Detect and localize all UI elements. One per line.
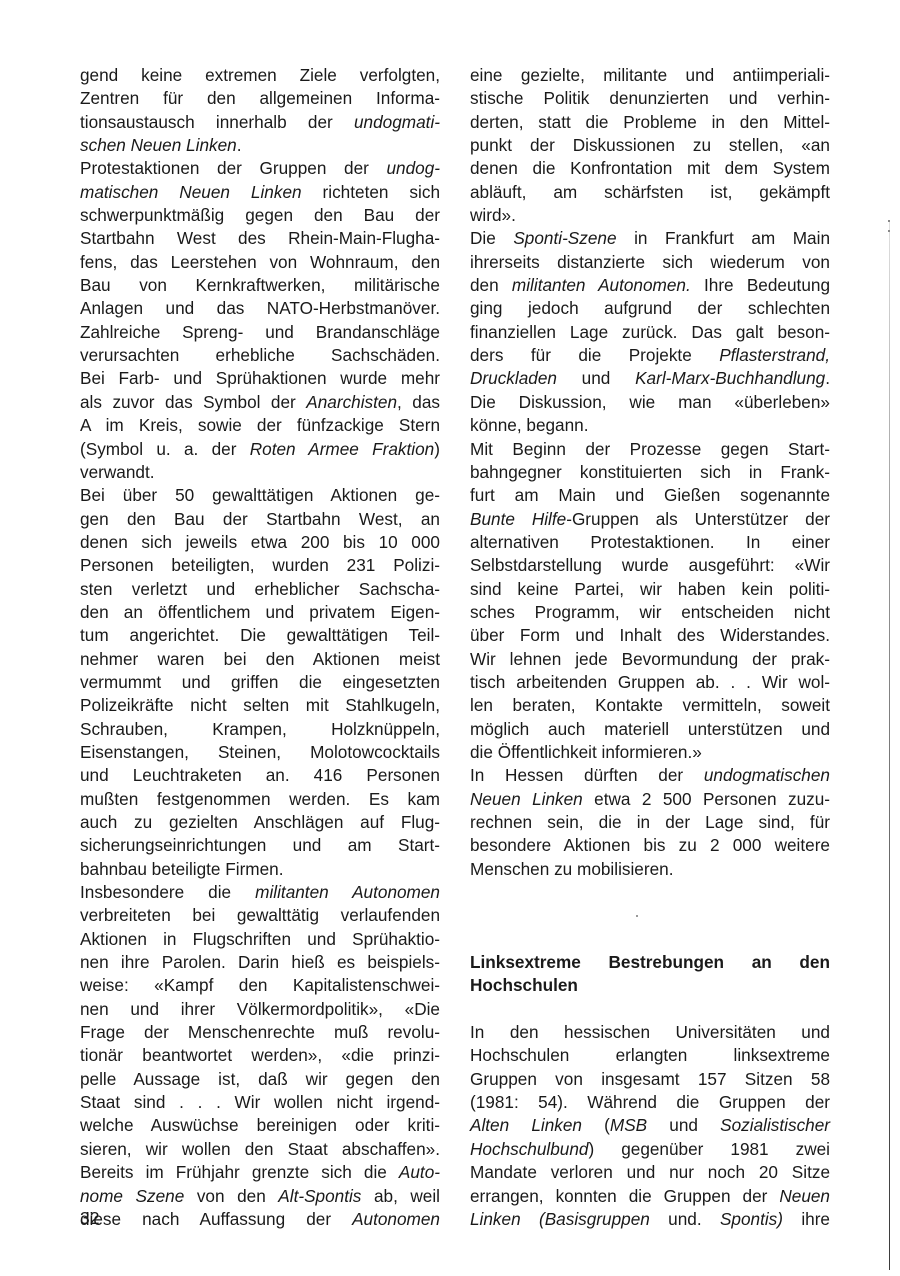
text-line: schwerpunktmäßig gegen den Bau der (80, 204, 440, 227)
text-line: diese nach Auffassung der Autonomen (80, 1208, 440, 1231)
text-line: schen Neuen Linken. (80, 134, 440, 157)
text-run: len beraten, Kontakte vermitteln, soweit (470, 695, 830, 715)
italic-term: Neuen (779, 1186, 830, 1206)
italic-term: Alten Linken (470, 1115, 582, 1135)
text-run: welche Auswüchse bereinigen oder kriti- (80, 1115, 440, 1135)
text-run: errangen, konnten die Gruppen der (470, 1186, 779, 1206)
section-heading-line: Linksextreme Bestrebungen an den (470, 951, 830, 974)
text-line: Selbstdarstellung wurde ausgeführt: «Wir (470, 554, 830, 577)
text-run: ) (434, 439, 440, 459)
text-line: nehmer waren bei den Aktionen meist (80, 648, 440, 671)
text-line: Hochschulbund) gegenüber 1981 zwei (470, 1138, 830, 1161)
text-run: Die Diskussion, wie man «überleben» (470, 392, 830, 412)
text-run: Gruppen von insgesamt 157 Sitzen 58 (470, 1069, 830, 1089)
text-line: furt am Main und Gießen sogenannte (470, 484, 830, 507)
text-run: furt am Main und Gießen sogenannte (470, 485, 830, 505)
text-run: sieren, wir wollen den Staat abschaffen»… (80, 1139, 440, 1159)
text-line: Alten Linken (MSB und Sozialistischer (470, 1114, 830, 1137)
text-run: eine gezielte, militante und antiimperia… (470, 65, 830, 85)
text-line: Die Diskussion, wie man «überleben» (470, 391, 830, 414)
text-line: vermummt und griffen die eingesetzten (80, 671, 440, 694)
text-line: Gruppen von insgesamt 157 Sitzen 58 (470, 1068, 830, 1091)
italic-term: Hochschulbund (470, 1139, 588, 1159)
italic-term: Neuen Linken (470, 789, 583, 809)
text-run: bahnbau beteiligte Firmen. (80, 859, 284, 879)
text-run: sind keine Partei, wir haben kein politi… (470, 579, 830, 599)
text-run: vermummt und griffen die eingesetzten (80, 672, 440, 692)
text-line: bahngegner konstituierten sich in Frank- (470, 461, 830, 484)
text-column-right: eine gezielte, militante und antiimperia… (470, 64, 830, 1231)
scan-artifact (636, 915, 638, 917)
text-run: Startbahn West des Rhein-Main-Flugha- (80, 228, 440, 248)
text-line: Neuen Linken etwa 2 500 Personen zuzu- (470, 788, 830, 811)
text-line: abläuft, am schärfsten ist, gekämpft (470, 181, 830, 204)
text-line (470, 928, 830, 951)
text-run: und (647, 1115, 720, 1135)
text-run: Schrauben, Krampen, Holzknüppeln, (80, 719, 440, 739)
text-line: (1981: 54). Während die Gruppen der (470, 1091, 830, 1114)
text-run: A im Kreis, sowie der fünfzackige Stern (80, 415, 440, 435)
text-line: Eisenstangen, Steinen, Molotowcocktails (80, 741, 440, 764)
text-line: über Form und Inhalt des Widerstandes. (470, 624, 830, 647)
text-line: den an öffentlichem und privatem Eigen- (80, 601, 440, 624)
text-run: rechnen sein, die in der Lage sind, für (470, 812, 830, 832)
text-run: mußten festgenommen werden. Es kam (80, 789, 440, 809)
italic-term: Sponti-Szene (513, 228, 616, 248)
text-run: nen und ihrer Völkermordpolitik», «Die (80, 999, 440, 1019)
text-line: pelle Aussage ist, daß wir gegen den (80, 1068, 440, 1091)
text-line: Personen beteiligten, wurden 231 Polizi- (80, 554, 440, 577)
text-line: sieren, wir wollen den Staat abschaffen»… (80, 1138, 440, 1161)
text-line: Polizeikräfte nicht selten mit Stahlkuge… (80, 694, 440, 717)
text-run: Zahlreiche Spreng- und Brandanschläge (80, 322, 440, 342)
text-run: den (470, 275, 512, 295)
text-line: weise: «Kampf den Kapitalistenschwei- (80, 974, 440, 997)
text-run: über Form und Inhalt des Widerstandes. (470, 625, 830, 645)
text-line: auch zu gezielten Anschlägen auf Flug- (80, 811, 440, 834)
italic-term: undogmati- (354, 112, 440, 132)
text-run: ders für die Projekte (470, 345, 719, 365)
text-line: verursachten erhebliche Sachschäden. (80, 344, 440, 367)
text-run: ihre (783, 1209, 830, 1229)
text-run: stische Politik denunzierten und verhin- (470, 88, 830, 108)
italic-term: Auto- (399, 1162, 440, 1182)
text-line: Bunte Hilfe-Gruppen als Unterstützer der (470, 508, 830, 531)
text-run: tionsaustausch innerhalb der (80, 112, 354, 132)
italic-term: militanten Autonomen (255, 882, 440, 902)
text-run: Bei über 50 gewalttätigen Aktionen ge- (80, 485, 440, 505)
text-line: A im Kreis, sowie der fünfzackige Stern (80, 414, 440, 437)
italic-term: militanten Autonomen. (512, 275, 691, 295)
text-line (470, 904, 830, 927)
text-run: -Gruppen als Unterstützer der (566, 509, 830, 529)
text-run: den an öffentlichem und privatem Eigen- (80, 602, 440, 622)
text-line: nen und ihrer Völkermordpolitik», «Die (80, 998, 440, 1021)
text-run: (Symbol u. a. der (80, 439, 250, 459)
text-line: Zahlreiche Spreng- und Brandanschläge (80, 321, 440, 344)
page-number: 32 (80, 1208, 99, 1229)
text-run: schwerpunktmäßig gegen den Bau der (80, 205, 440, 225)
text-line: Die Sponti-Szene in Frankfurt am Main (470, 227, 830, 250)
text-line: ging jedoch aufgrund der schlechten (470, 297, 830, 320)
text-run: denen die Konfrontation mit dem System (470, 158, 830, 178)
text-line: könne, begann. (470, 414, 830, 437)
text-line: denen die Konfrontation mit dem System (470, 157, 830, 180)
text-line: Insbesondere die militanten Autonomen (80, 881, 440, 904)
text-line: möglich auch materiell unterstützen und (470, 718, 830, 741)
text-run: ihrerseits distanzierte sich wiederum vo… (470, 252, 830, 272)
text-column-left: gend keine extremen Ziele verfolgten,Zen… (80, 64, 440, 1231)
scan-edge-line (889, 220, 890, 1270)
text-line: len beraten, Kontakte vermitteln, soweit (470, 694, 830, 717)
text-line: und Leuchtraketen an. 416 Personen (80, 764, 440, 787)
text-line: Bei über 50 gewalttätigen Aktionen ge- (80, 484, 440, 507)
text-line: nome Szene von den Alt-Spontis ab, weil (80, 1185, 440, 1208)
text-run: Bei Farb- und Sprühaktionen wurde mehr (80, 368, 440, 388)
text-run: Polizeikräfte nicht selten mit Stahlkuge… (80, 695, 440, 715)
text-run: als zuvor das Symbol der (80, 392, 306, 412)
text-run: finanziellen Lage zurück. Das galt beson… (470, 322, 830, 342)
italic-term: Autonomen (352, 1209, 440, 1229)
text-line: sind keine Partei, wir haben kein politi… (470, 578, 830, 601)
text-run: tisch arbeitenden Gruppen ab. . . Wir wo… (470, 672, 830, 692)
text-line: welche Auswüchse bereinigen oder kriti- (80, 1114, 440, 1137)
text-run: pelle Aussage ist, daß wir gegen den (80, 1069, 440, 1089)
text-line: Protestaktionen der Gruppen der undog- (80, 157, 440, 180)
text-line: Linken (Basisgruppen und. Spontis) ihre (470, 1208, 830, 1231)
text-run: Insbesondere die (80, 882, 255, 902)
text-run: und (557, 368, 635, 388)
text-run: sicherungseinrichtungen und am Start- (80, 835, 440, 855)
text-line: tum angerichtet. Die gewalttätigen Teil- (80, 624, 440, 647)
text-line: sches Programm, wir entscheiden nicht (470, 601, 830, 624)
italic-term: Karl-Marx-Buchhandlung (635, 368, 825, 388)
text-line: Druckladen und Karl-Marx-Buchhandlung. (470, 367, 830, 390)
text-run: von den (184, 1186, 278, 1206)
text-line: verbreiteten bei gewalttätig verlaufende… (80, 904, 440, 927)
italic-term: matischen Neuen Linken (80, 182, 302, 202)
italic-term: Sozialistischer (720, 1115, 830, 1135)
text-run: denen sich jeweils etwa 200 bis 10 000 (80, 532, 440, 552)
text-run: Menschen zu mobilisieren. (470, 859, 673, 879)
text-line: Aktionen in Flugschriften und Sprühaktio… (80, 928, 440, 951)
text-run: in Frankfurt am Main (617, 228, 830, 248)
italic-term: Linken (Basisgruppen (470, 1209, 650, 1229)
text-line: Wir lehnen jede Bevormundung der prak- (470, 648, 830, 671)
italic-term: Anarchisten (306, 392, 397, 412)
text-run: verbreiteten bei gewalttätig verlaufende… (80, 905, 440, 925)
text-line: (Symbol u. a. der Roten Armee Fraktion) (80, 438, 440, 461)
text-line: Startbahn West des Rhein-Main-Flugha- (80, 227, 440, 250)
italic-term: nome Szene (80, 1186, 184, 1206)
italic-term: Druckladen (470, 368, 557, 388)
text-line: In den hessischen Universitäten und (470, 1021, 830, 1044)
text-line (470, 998, 830, 1021)
italic-term: Pflasterstrand, (719, 345, 830, 365)
text-line: matischen Neuen Linken richteten sich (80, 181, 440, 204)
italic-term: MSB (610, 1115, 647, 1135)
text-line: fens, das Leerstehen von Wohnraum, den (80, 251, 440, 274)
text-run: Zentren für den allgemeinen Informa- (80, 88, 440, 108)
text-line: punkt der Diskussionen zu stellen, «an (470, 134, 830, 157)
text-line: sten verletzt und erheblicher Sachscha- (80, 578, 440, 601)
italic-term: undogmatischen (704, 765, 830, 785)
text-line: als zuvor das Symbol der Anarchisten, da… (80, 391, 440, 414)
text-run: Wir lehnen jede Bevormundung der prak- (470, 649, 830, 669)
text-run: bahngegner konstituierten sich in Frank- (470, 462, 830, 482)
text-line (470, 881, 830, 904)
text-run: wird». (470, 205, 516, 225)
text-run: punkt der Diskussionen zu stellen, «an (470, 135, 830, 155)
text-run: Staat sind . . . Wir wollen nicht irgend… (80, 1092, 440, 1112)
text-run: abläuft, am schärfsten ist, gekämpft (470, 182, 830, 202)
text-run: richteten sich (302, 182, 440, 202)
text-run: In Hessen dürften der (470, 765, 704, 785)
text-line: Mit Beginn der Prozesse gegen Start- (470, 438, 830, 461)
text-line: verwandt. (80, 461, 440, 484)
text-run: alternativen Protestaktionen. In einer (470, 532, 830, 552)
text-line: gen den Bau der Startbahn West, an (80, 508, 440, 531)
text-run: Selbstdarstellung wurde ausgeführt: «Wir (470, 555, 830, 575)
text-run: weise: «Kampf den Kapitalistenschwei- (80, 975, 440, 995)
text-run: In den hessischen Universitäten und (470, 1022, 830, 1042)
text-run: nen ihre Parolen. Darin hieß es beispiel… (80, 952, 440, 972)
text-run: ( (582, 1115, 610, 1135)
text-run: gen den Bau der Startbahn West, an (80, 509, 440, 529)
text-run: Personen beteiligten, wurden 231 Polizi- (80, 555, 440, 575)
text-run: Mit Beginn der Prozesse gegen Start- (470, 439, 830, 459)
text-line: Hochschulen erlangten linksextreme (470, 1044, 830, 1067)
text-run: sten verletzt und erheblicher Sachscha- (80, 579, 440, 599)
text-run: Ihre Bedeutung (691, 275, 830, 295)
text-run: Die (470, 228, 513, 248)
italic-term: Bunte Hilfe (470, 509, 566, 529)
text-line: Menschen zu mobilisieren. (470, 858, 830, 881)
italic-term: Alt-Spontis (278, 1186, 361, 1206)
text-line: tionsaustausch innerhalb der undogmati- (80, 111, 440, 134)
text-line: Anlagen und das NATO-Herbstmanöver. (80, 297, 440, 320)
text-run: gend keine extremen Ziele verfolgten, (80, 65, 440, 85)
text-run: sches Programm, wir entscheiden nicht (470, 602, 830, 622)
text-run: und. (650, 1209, 720, 1229)
text-line: Bei Farb- und Sprühaktionen wurde mehr (80, 367, 440, 390)
text-line: finanziellen Lage zurück. Das galt beson… (470, 321, 830, 344)
text-line: die Öffentlichkeit informieren.» (470, 741, 830, 764)
text-run: verursachten erhebliche Sachschäden. (80, 345, 440, 365)
text-run: auch zu gezielten Anschlägen auf Flug- (80, 812, 440, 832)
text-line: nen ihre Parolen. Darin hieß es beispiel… (80, 951, 440, 974)
text-line: ihrerseits distanzierte sich wiederum vo… (470, 251, 830, 274)
text-run: , das (397, 392, 440, 412)
text-run: möglich auch materiell unterstützen und (470, 719, 830, 739)
text-run: ) gegenüber 1981 zwei (588, 1139, 830, 1159)
text-line: mußten festgenommen werden. Es kam (80, 788, 440, 811)
text-run: tum angerichtet. Die gewalttätigen Teil- (80, 625, 440, 645)
text-line: Staat sind . . . Wir wollen nicht irgend… (80, 1091, 440, 1114)
text-run: Hochschulen (470, 975, 578, 995)
text-run: Linksextreme Bestrebungen an den (470, 952, 830, 972)
text-run: Bereits im Frühjahr grenzte sich die (80, 1162, 399, 1182)
text-run: Anlagen und das NATO-Herbstmanöver. (80, 298, 440, 318)
text-line: Mandate verloren und nur noch 20 Sitze (470, 1161, 830, 1184)
text-run: Aktionen in Flugschriften und Sprühaktio… (80, 929, 440, 949)
text-run: etwa 2 500 Personen zuzu- (583, 789, 830, 809)
text-run: Mandate verloren und nur noch 20 Sitze (470, 1162, 830, 1182)
text-run: . (237, 135, 242, 155)
text-run: verwandt. (80, 462, 155, 482)
text-run: tionär beantwortet werden», «die prinzi- (80, 1045, 440, 1065)
text-line: den militanten Autonomen. Ihre Bedeutung (470, 274, 830, 297)
text-line: sicherungseinrichtungen und am Start- (80, 834, 440, 857)
text-run: könne, begann. (470, 415, 589, 435)
text-line: denen sich jeweils etwa 200 bis 10 000 (80, 531, 440, 554)
text-line: tionär beantwortet werden», «die prinzi- (80, 1044, 440, 1067)
text-line: stische Politik denunzierten und verhin- (470, 87, 830, 110)
text-run: nehmer waren bei den Aktionen meist (80, 649, 440, 669)
text-run: Frage der Menschenrechte muß revolu- (80, 1022, 440, 1042)
italic-term: schen Neuen Linken (80, 135, 237, 155)
text-run: (1981: 54). Während die Gruppen der (470, 1092, 830, 1112)
text-run: Eisenstangen, Steinen, Molotowcocktails (80, 742, 440, 762)
text-line: rechnen sein, die in der Lage sind, für (470, 811, 830, 834)
text-run: derten, statt die Probleme in den Mittel… (470, 112, 830, 132)
text-line: eine gezielte, militante und antiimperia… (470, 64, 830, 87)
text-run: diese nach Auffassung der (80, 1209, 352, 1229)
text-line: bahnbau beteiligte Firmen. (80, 858, 440, 881)
text-run: ging jedoch aufgrund der schlechten (470, 298, 830, 318)
text-line: derten, statt die Probleme in den Mittel… (470, 111, 830, 134)
text-run: Hochschulen erlangten linksextreme (470, 1045, 830, 1065)
section-heading-line: Hochschulen (470, 974, 830, 997)
text-run: Protestaktionen der Gruppen der (80, 158, 386, 178)
text-line: Frage der Menschenrechte muß revolu- (80, 1021, 440, 1044)
text-line: Zentren für den allgemeinen Informa- (80, 87, 440, 110)
italic-term: Roten Armee Fraktion (250, 439, 435, 459)
italic-term: undog- (386, 158, 440, 178)
text-run: die Öffentlichkeit informieren.» (470, 742, 702, 762)
text-line: tisch arbeitenden Gruppen ab. . . Wir wo… (470, 671, 830, 694)
text-run: . (825, 368, 830, 388)
scan-artifact (888, 220, 890, 222)
text-line: In Hessen dürften der undogmatischen (470, 764, 830, 787)
text-line: Bereits im Frühjahr grenzte sich die Aut… (80, 1161, 440, 1184)
text-run: fens, das Leerstehen von Wohnraum, den (80, 252, 440, 272)
text-line: wird». (470, 204, 830, 227)
text-line: alternativen Protestaktionen. In einer (470, 531, 830, 554)
text-run: Bau von Kernkraftwerken, militärische (80, 275, 440, 295)
text-line: ders für die Projekte Pflasterstrand, (470, 344, 830, 367)
text-line: Schrauben, Krampen, Holzknüppeln, (80, 718, 440, 741)
text-run: und Leuchtraketen an. 416 Personen (80, 765, 440, 785)
text-line: gend keine extremen Ziele verfolgten, (80, 64, 440, 87)
text-line: besondere Aktionen bis zu 2 000 weitere (470, 834, 830, 857)
text-run: ab, weil (361, 1186, 440, 1206)
text-line: errangen, konnten die Gruppen der Neuen (470, 1185, 830, 1208)
text-line: Bau von Kernkraftwerken, militärische (80, 274, 440, 297)
scan-artifact (888, 230, 890, 232)
text-run: besondere Aktionen bis zu 2 000 weitere (470, 835, 830, 855)
italic-term: Spontis) (720, 1209, 783, 1229)
